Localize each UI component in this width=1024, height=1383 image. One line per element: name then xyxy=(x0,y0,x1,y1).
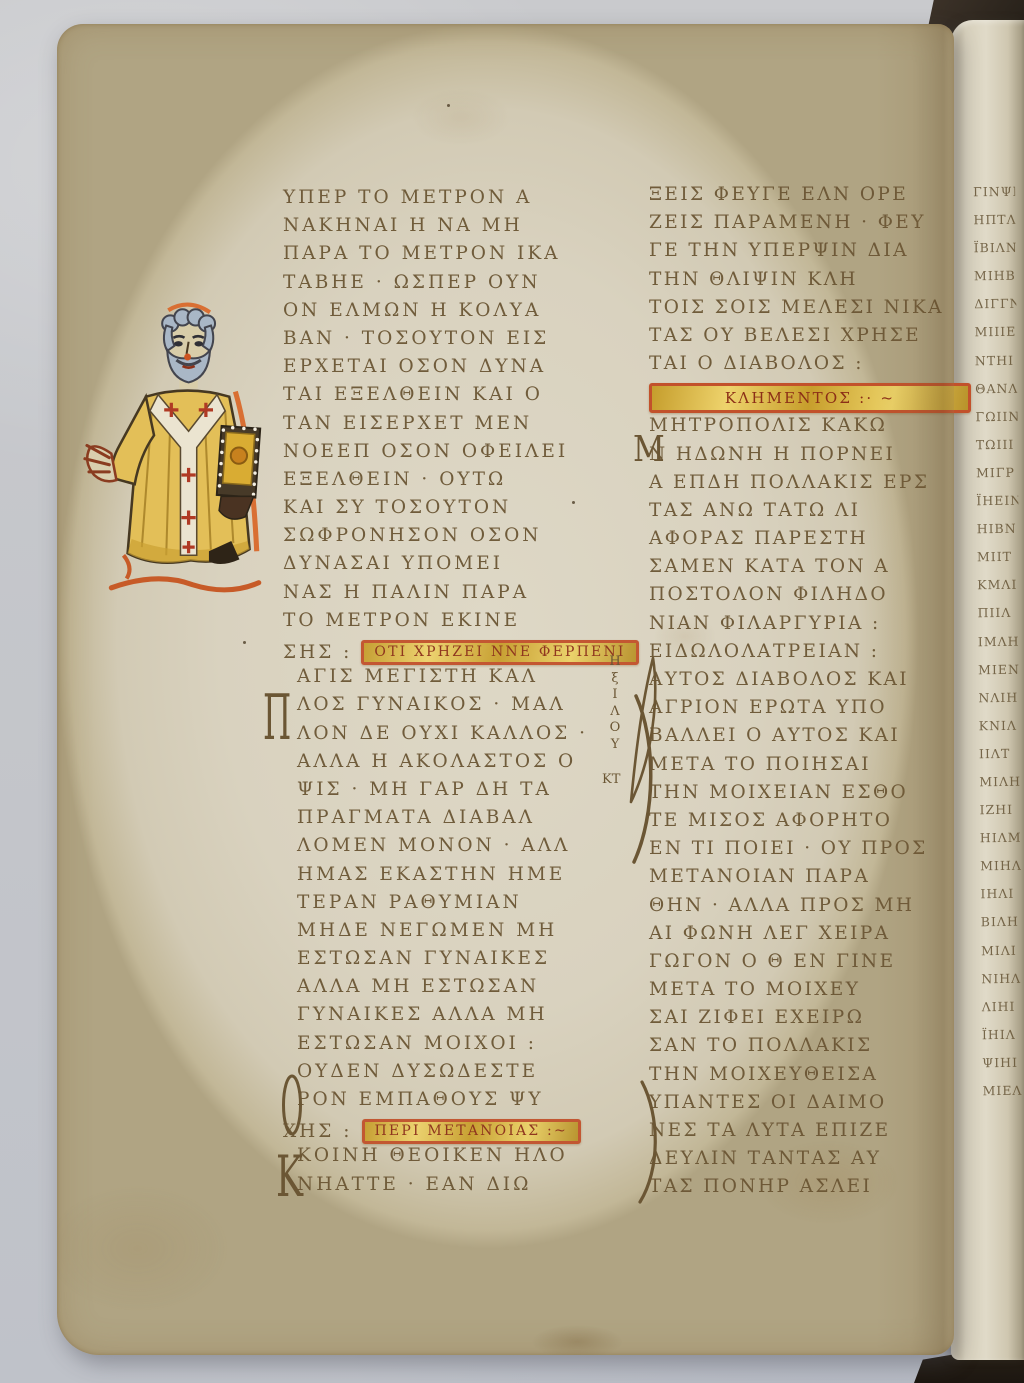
ground-line xyxy=(111,579,258,590)
manuscript-text-line: ΗΜΑΣ ΕΚΑΣΤΗΝ ΗΜΕ xyxy=(297,864,618,892)
manuscript-text-line: ΑΛΛΑ Η ΑΚΟΛΑΣΤΟΣ Ο xyxy=(297,751,618,779)
manuscript-text-line: ΕΣΤΩΣΑΝ ΜΟΙΧΟΙ : xyxy=(297,1033,618,1061)
edge-text-fragment: ΝΛΙΗ xyxy=(978,683,1020,712)
manuscript-text-line: ΤΑΒΗΕ · ΩΣΠΕΡ ΟΥΝ xyxy=(283,272,618,300)
rubric-pretext: ΣΗΣ : xyxy=(283,642,352,663)
manuscript-text-line: ΕΡΧΕΤΑΙ ΟΣΟΝ ΔΥΝΑ xyxy=(283,356,618,384)
manuscript-text-line: ΑΓΡΙΟΝ ΕΡΩΤΑ ΥΠΟ xyxy=(649,697,971,725)
manuscript-text-line: ΒΑΛΛΕΙ Ο ΑΥΤΟΣ ΚΑΙ xyxy=(649,725,971,753)
manuscript-text-line: ΣΑΝ ΤΟ ΠΟΛΛΑΚΙΣ xyxy=(649,1035,971,1063)
edge-text-fragment: ΜΙΙΙΕ xyxy=(974,318,1016,347)
manuscript-text-line: ΛΟΜΕΝ ΜΟΝΟΝ · ΑΛΛ xyxy=(297,835,618,863)
manuscript-text-line: ΣΑΜΕΝ ΚΑΤΑ ΤΟΝ Α xyxy=(649,556,971,584)
manuscript-text-line: ΟΥΔΕΝ ΔΥΣΩΔΕΣΤΕ xyxy=(297,1061,618,1089)
manuscript-text-line: ΑΙ ΦΩΝΗ ΛΕΓ ΧΕΙΡΑ xyxy=(649,923,971,951)
manuscript-text-line: ΑΓΙΣ ΜΕΓΙΣΤΗ ΚΑΛ xyxy=(297,666,618,694)
manuscript-text-line: ΣΩΦΡΟΝΗΣΟΝ ΟΣΟΝ xyxy=(283,525,618,553)
manuscript-text-line: ΤΑΙ ΕΞΕΛΘΕΙΝ ΚΑΙ Ο xyxy=(283,384,618,412)
manuscript-text-line: ΤΕ ΜΙΣΟΣ ΑΦΟΡΗΤΟ xyxy=(649,810,971,838)
rubric-heading-row: ΚΛΗΜΕΝΤΟΣ :· ~ xyxy=(649,381,971,415)
edge-text-fragment: ΜΙΕΛ xyxy=(982,1077,1024,1106)
edge-text-fragment: ΙΙΛΤ xyxy=(979,740,1021,769)
manuscript-text-line: ΚΑΙ ΣΥ ΤΟΣΟΥΤΟΝ xyxy=(283,497,618,525)
edge-text-fragment: ΜΙΗΒΔ xyxy=(974,262,1016,291)
manuscript-text-line: ΠΡΑΓΜΑΤΑ ΔΙΑΒΑΛ xyxy=(297,807,618,835)
book-holding-hand xyxy=(219,496,254,519)
manuscript-text-line: ΑΛΛΑ ΜΗ ΕΣΤΩΣΑΝ xyxy=(297,976,618,1004)
right-column-segment-b: ΜΗΤΡΟΠΟΛΙΣ ΚΑΚΩΝ ΗΔΩΝΗ Η ΠΟΡΝΕΙΑ ΕΠΔΗ ΠΟ… xyxy=(649,415,971,1204)
manuscript-text-line: Α ΕΠΔΗ ΠΟΛΛΑΚΙΣ ΕΡΣ xyxy=(649,472,971,500)
manuscript-text-line: ΓΩΓΟΝ Ο Θ ΕΝ ΓΙΝΕ xyxy=(649,951,971,979)
gloss-letter: ξ xyxy=(606,671,624,688)
manuscript-text-line: ΕΣΤΩΣΑΝ ΓΥΝΑΙΚΕΣ xyxy=(297,948,618,976)
ink-speck xyxy=(447,104,450,107)
manuscript-text-line: ΤΑΙ Ο ΔΙΑΒΟΛΟΣ : xyxy=(649,353,971,381)
manuscript-text-line: ΤΕΡΑΝ ΡΑΘΥΜΙΑΝ xyxy=(297,892,618,920)
flourish-initial-right-2 xyxy=(636,1080,666,1206)
edge-text-fragment: ΝΤΗΙ xyxy=(975,346,1017,375)
underlying-page-text-fragments: ΓΙΝΨΓΗΠΤΛΪΒΙΛΝΜΙΗΒΔΔΙΓΓΝΜΙΙΙΕΝΤΗΙΘΑΝΛΓΩΙ… xyxy=(973,178,1024,1138)
manuscript-text-line: ΝΗΑΤΤΕ · ΕΑΝ ΔΙΩ xyxy=(297,1174,618,1202)
gold-rubric-band: ΟΤΙ ΧΡΗΖΕΙ ΝΝΕ ΦΕΡΠΕΝΙ xyxy=(361,640,638,665)
gold-rubric-band: ΚΛΗΜΕΝΤΟΣ :· ~ xyxy=(649,383,971,413)
manuscript-text-line: ΛΟΝ ΔΕ ΟΥΧΙ ΚΑΛΛΟΣ · xyxy=(297,723,618,751)
edge-text-fragment: ΤΩΙΙΙ xyxy=(976,431,1018,460)
manuscript-text-line: ΝΑΣ Η ΠΑΛΙΝ ΠΑΡΑ xyxy=(283,582,618,610)
gloss-letter: Λ xyxy=(606,704,624,721)
manuscript-text-line: ΤΑΣ ΑΝΩ ΤΑΤΩ ΛΙ xyxy=(649,500,971,528)
bishop-saint-miniature xyxy=(80,295,285,600)
edge-text-fragment: ΗΙΒΝ xyxy=(977,515,1019,544)
edge-text-fragment: ΛΙΗΙ xyxy=(982,992,1024,1021)
manuscript-text-line: ΚΟΙΝΗ ΘΕΟΙΚΕΝ ΗΛΟ xyxy=(297,1145,618,1173)
edge-text-fragment: ΪΗΕΙΝ xyxy=(976,487,1018,516)
manuscript-text-line: ΝΙΑΝ ΦΙΛΑΡΓΥΡΙΑ : xyxy=(649,613,971,641)
manuscript-text-line: ΑΥΤΟΣ ΔΙΑΒΟΛΟΣ ΚΑΙ xyxy=(649,669,971,697)
left-column-segment-c: ΚΟΙΝΗ ΘΕΟΙΚΕΝ ΗΛΟΝΗΑΤΤΕ · ΕΑΝ ΔΙΩ xyxy=(283,1145,618,1201)
manuscript-text-line: ΓΕ ΤΗΝ ΥΠΕΡΨΙΝ ΔΙΑ xyxy=(649,240,971,268)
manuscript-text-line: ΤΟ ΜΕΤΡΟΝ ΕΚΙΝΕ xyxy=(283,610,618,638)
edge-text-fragment: ΝΙΗΛ xyxy=(981,964,1023,993)
edge-text-fragment: ΓΩΙΙΝ xyxy=(975,403,1017,432)
left-column-segment-a: ΥΠΕΡ ΤΟ ΜΕΤΡΟΝ ΑΝΑΚΗΝΑΙ Η ΝΑ ΜΗΠΑΡΑ ΤΟ Μ… xyxy=(283,187,618,638)
manuscript-text-line: ΤΑΝ ΕΙΣΕΡΧΕΤ ΜΕΝ xyxy=(283,413,618,441)
edge-text-fragment: ΪΗΙΛ xyxy=(982,1021,1024,1050)
manuscript-photograph: ΓΙΝΨΓΗΠΤΛΪΒΙΛΝΜΙΗΒΔΔΙΓΓΝΜΙΙΙΕΝΤΗΙΘΑΝΛΓΩΙ… xyxy=(0,0,1024,1383)
edge-text-fragment: ΜΙΙΤ xyxy=(977,543,1019,572)
edge-text-fragment: ΔΙΓΓΝ xyxy=(974,290,1016,319)
manuscript-text-line: ΡΟΝ ΕΜΠΑΘΟΥΣ ΨΥ xyxy=(297,1089,618,1117)
manuscript-text-line: ΘΗΝ · ΑΛΛΑ ΠΡΟΣ ΜΗ xyxy=(649,895,971,923)
edge-text-fragment: ΪΒΙΛΝ xyxy=(974,234,1016,263)
gospel-book xyxy=(217,425,260,497)
edge-text-fragment: ΚΝΙΛ xyxy=(979,712,1021,741)
manuscript-text-line: ΤΟΙΣ ΣΟΙΣ ΜΕΛΕΣΙ ΝΙΚΑ xyxy=(649,297,971,325)
right-column-segment-a: ΞΕΙΣ ΦΕΥΓΕ ΕΛΝ ΟΡΕΖΕΙΣ ΠΑΡΑΜΕΝΗ · ΦΕΥΓΕ … xyxy=(649,184,971,381)
manuscript-text-line: ΣΑΙ ΖΙΦΕΙ ΕΧΕΙΡΩ xyxy=(649,1007,971,1035)
manuscript-text-line: ΤΗΝ ΜΟΙΧΕΙΑΝ ΕΣΘΟ xyxy=(649,782,971,810)
gloss-letter: Υ xyxy=(606,737,624,754)
edge-text-fragment: ΙΗΛΙ xyxy=(980,880,1022,909)
manuscript-text-line: ΠΟΣΤΟΛΟΝ ΦΙΛΗΔΟ xyxy=(649,584,971,612)
manuscript-text-line: ΕΙΔΩΛΟΛΑΤΡΕΙΑΝ : xyxy=(649,641,971,669)
edge-text-fragment: ΗΙΛΜ xyxy=(980,824,1022,853)
manuscript-text-line: ΔΥΝΑΣΑΙ ΥΠΟΜΕΙ xyxy=(283,553,618,581)
text-column-right: ΞΕΙΣ ΦΕΥΓΕ ΕΛΝ ΟΡΕΖΕΙΣ ΠΑΡΑΜΕΝΗ · ΦΕΥΓΕ … xyxy=(649,184,971,1205)
edge-text-fragment: ΚΜΛΙ xyxy=(977,571,1019,600)
edge-text-fragment: ΘΑΝΛ xyxy=(975,374,1017,403)
manuscript-page: ΥΠΕΡ ΤΟ ΜΕΤΡΟΝ ΑΝΑΚΗΝΑΙ Η ΝΑ ΜΗΠΑΡΑ ΤΟ Μ… xyxy=(57,24,954,1355)
manuscript-text-line: ΜΕΤΑ ΤΟ ΠΟΙΗΣΑΙ xyxy=(649,754,971,782)
ink-speck xyxy=(243,641,246,644)
manuscript-text-line: ΝΕΣ ΤΑ ΛΥΤΑ ΕΠΙΖΕ xyxy=(649,1120,971,1148)
manuscript-text-line: ΒΑΝ · ΤΟΣΟΥΤΟΝ ΕΙΣ xyxy=(283,328,618,356)
manuscript-text-line: ΓΥΝΑΙΚΕΣ ΑΛΛΑ ΜΗ xyxy=(297,1004,618,1032)
manuscript-text-line: ΛΟΣ ΓΥΝΑΙΚΟΣ · ΜΑΛ xyxy=(297,694,618,722)
edge-text-fragment: ΗΠΤΛ xyxy=(973,206,1015,235)
gutter-gloss-flourish xyxy=(623,656,661,806)
manuscript-text-line: ΤΗΝ ΘΛΙΨΙΝ ΚΛΗ xyxy=(649,269,971,297)
edge-text-fragment: ΙΜΛΗ xyxy=(978,627,1020,656)
manuscript-text-line: ΞΕΙΣ ΦΕΥΓΕ ΕΛΝ ΟΡΕ xyxy=(649,184,971,212)
manuscript-text-line: ΜΗΔΕ ΝΕΓΩΜΕΝ ΜΗ xyxy=(297,920,618,948)
manuscript-text-line: ΥΠΕΡ ΤΟ ΜΕΤΡΟΝ Α xyxy=(283,187,618,215)
gutter-gloss-vertical: ΗξΙΛΟΥ xyxy=(606,654,624,753)
manuscript-text-line: ΜΕΤΑ ΤΟ ΜΟΙΧΕΥ xyxy=(649,979,971,1007)
manuscript-text-line: ΤΑΣ ΠΟΝΗΡ ΑΣΛΕΙ xyxy=(649,1176,971,1204)
manuscript-text-line: ΠΑΡΑ ΤΟ ΜΕΤΡΟΝ ΙΚΑ xyxy=(283,243,618,271)
text-column-left: ΥΠΕΡ ΤΟ ΜΕΤΡΟΝ ΑΝΑΚΗΝΑΙ Η ΝΑ ΜΗΠΑΡΑ ΤΟ Μ… xyxy=(283,187,618,1202)
rubric-line-left-bottom: ΧΗΣ : ΠΕΡΙ ΜΕΤΑΝΟΙΑΣ :~ xyxy=(283,1117,618,1145)
manuscript-text-line: ΕΞΕΛΘΕΙΝ · ΟΥΤΩ xyxy=(283,469,618,497)
initial-letter-omicron xyxy=(279,1072,305,1138)
manuscript-text-line: ΝΑΚΗΝΑΙ Η ΝΑ ΜΗ xyxy=(283,215,618,243)
manuscript-text-line: ΟΝ ΕΛΜΩΝ Η ΚΟΛΥΑ xyxy=(283,300,618,328)
gold-rubric-band: ΠΕΡΙ ΜΕΤΑΝΟΙΑΣ :~ xyxy=(362,1119,581,1144)
manuscript-text-line: ΕΝ ΤΙ ΠΟΙΕΙ · ΟΥ ΠΡΟΣ xyxy=(649,838,971,866)
gutter-gloss-bottom: ΚΤ xyxy=(602,772,620,787)
edge-text-fragment: ΠΙΙΛ xyxy=(977,599,1019,628)
manuscript-text-line: ΜΗΤΡΟΠΟΛΙΣ ΚΑΚΩ xyxy=(649,415,971,443)
edge-text-fragment: ΜΙΛΙ xyxy=(981,936,1023,965)
manuscript-text-line: ΑΦΟΡΑΣ ΠΑΡΕΣΤΗ xyxy=(649,528,971,556)
gloss-letter: Ι xyxy=(606,687,624,704)
edge-text-fragment: ΜΙΗΛ xyxy=(980,852,1022,881)
edge-text-fragment: ΜΙΛΗ xyxy=(979,768,1021,797)
manuscript-text-line: ΜΕΤΑΝΟΙΑΝ ΠΑΡΑ xyxy=(649,866,971,894)
edge-text-fragment: ΜΙΓΡ xyxy=(976,459,1018,488)
initial-letter-kappa: Κ xyxy=(276,1148,303,1205)
gloss-letter: Η xyxy=(606,654,624,671)
edge-text-fragment: ΓΙΝΨΓ xyxy=(973,178,1015,207)
edge-text-fragment: ΜΙΕΝ xyxy=(978,655,1020,684)
manuscript-text-line: ΨΙΣ · ΜΗ ΓΑΡ ΔΗ ΤΑ xyxy=(297,779,618,807)
manuscript-text-line: ΤΗΝ ΜΟΙΧΕΥΘΕΙΣΑ xyxy=(649,1064,971,1092)
rubric-line-left-mid: ΣΗΣ : ΟΤΙ ΧΡΗΖΕΙ ΝΝΕ ΦΕΡΠΕΝΙ xyxy=(283,638,618,666)
left-column-segment-b: ΑΓΙΣ ΜΕΓΙΣΤΗ ΚΑΛΛΟΣ ΓΥΝΑΙΚΟΣ · ΜΑΛΛΟΝ ΔΕ… xyxy=(283,666,618,1117)
manuscript-text-line: ΥΠΑΝΤΕΣ ΟΙ ΔΑΙΜΟ xyxy=(649,1092,971,1120)
edge-text-fragment: ΨΙΗΙ xyxy=(982,1049,1024,1078)
edge-text-fragment: ΒΙΛΗ xyxy=(981,908,1023,937)
initial-letter-pi: Π xyxy=(263,688,291,751)
manuscript-text-line: ΖΕΙΣ ΠΑΡΑΜΕΝΗ · ΦΕΥ xyxy=(649,212,971,240)
edge-text-fragment: ΙΖΗΙ xyxy=(979,796,1021,825)
gloss-letter: Ο xyxy=(606,720,624,737)
manuscript-text-line: ΔΕΥΛΙΝ ΤΑΝΤΑΣ ΑΥ xyxy=(649,1148,971,1176)
initial-letter-mu: Μ xyxy=(633,432,665,468)
manuscript-text-line: Ν ΗΔΩΝΗ Η ΠΟΡΝΕΙ xyxy=(649,444,971,472)
manuscript-text-line: ΤΑΣ ΟΥ ΒΕΛΕΣΙ ΧΡΗΣΕ xyxy=(649,325,971,353)
manuscript-text-line: ΝΟΕΕΠ ΟΣΟΝ ΟΦΕΙΛΕΙ xyxy=(283,441,618,469)
